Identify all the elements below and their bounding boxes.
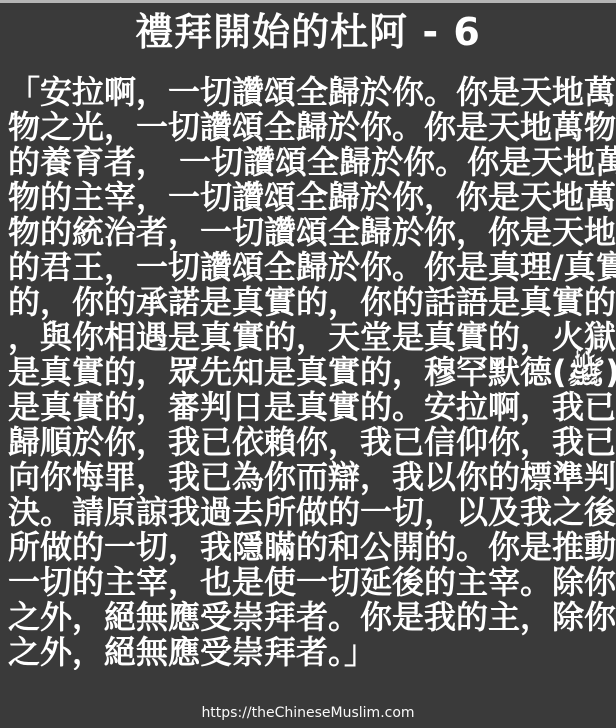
footer-url: https://theChineseMuslim.com [0,705,616,721]
page-title: 禮拜開始的杜阿 - 6 [0,0,616,54]
dua-card: 禮拜開始的杜阿 - 6 「安拉啊，一切讚頌全歸於你。你是天地萬 物之光，一切讚頌… [0,0,616,728]
dua-text: 「安拉啊，一切讚頌全歸於你。你是天地萬 物之光，一切讚頌全歸於你。你是天地萬物 … [0,75,616,670]
top-border-strip [0,0,616,3]
